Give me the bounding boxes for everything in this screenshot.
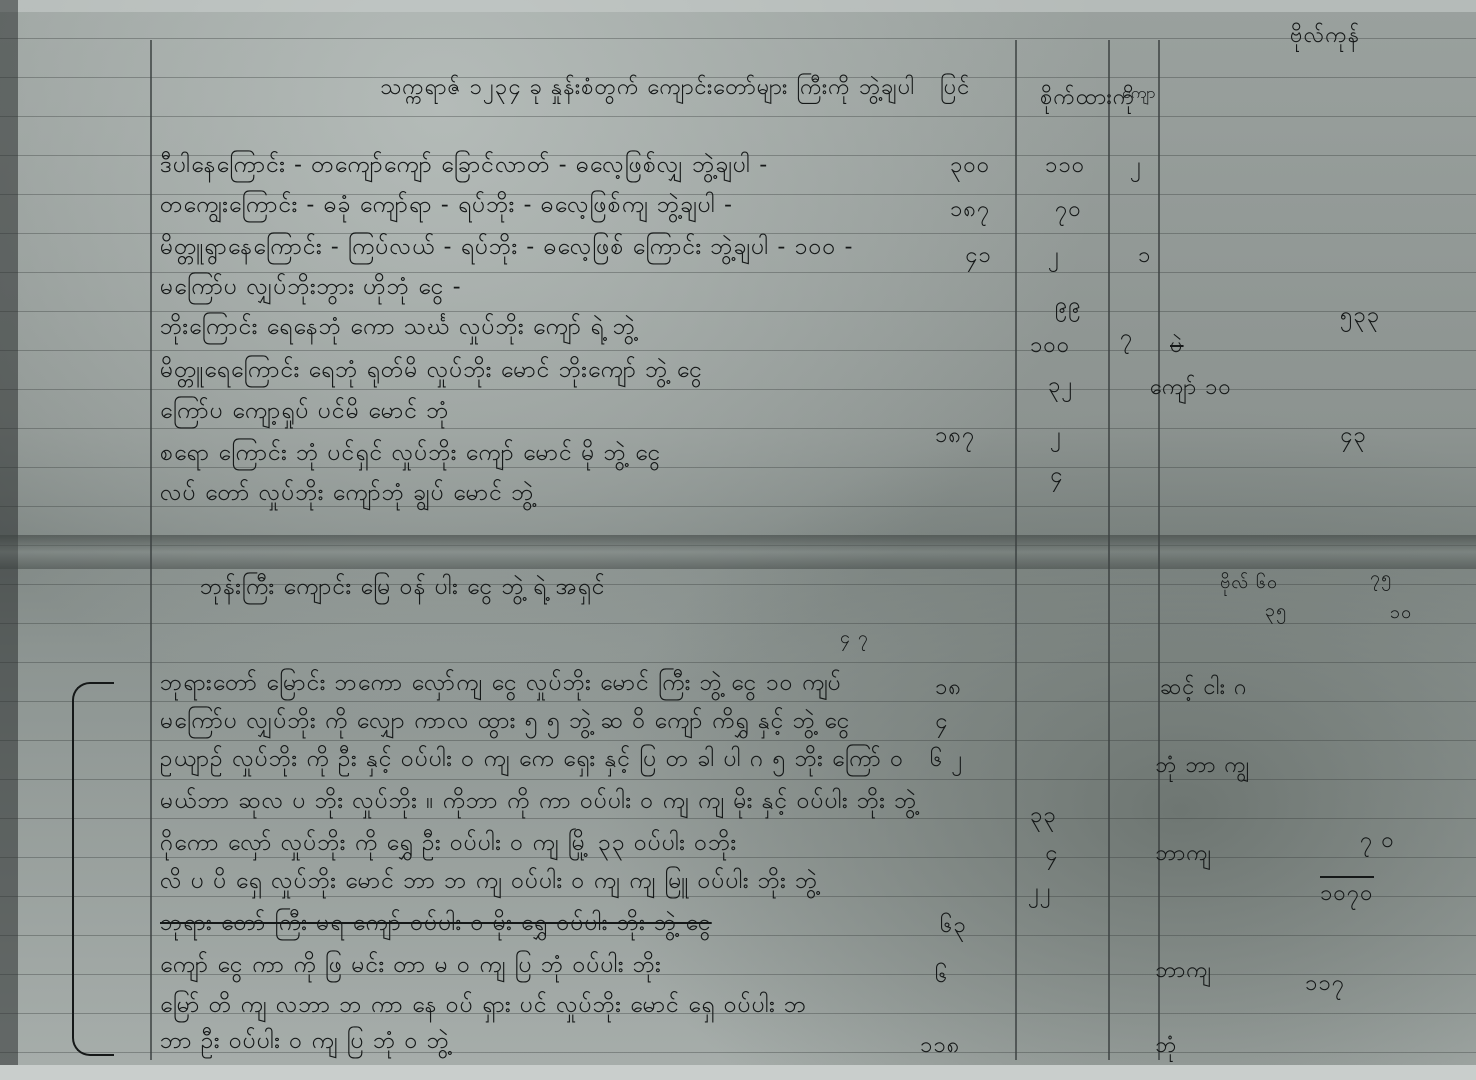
ruled-column-line xyxy=(1158,40,1160,1060)
ruled-margin-line xyxy=(150,40,152,1060)
ledger-row-col1: ၆ ၂ xyxy=(930,744,963,777)
ledger-row-col1: ၆ xyxy=(935,960,948,993)
ledger-row-col3: ဆင့် ငါး ဂ xyxy=(1160,672,1248,705)
ledger-row-text: လိ ပ ပိ ရှေ လှုပ်ဘိုး မောင် ဘာ ဘ ကျ ဝပ်ပ… xyxy=(160,866,818,900)
ledger-row-col3: ဘာကျ xyxy=(1155,955,1212,988)
ledger-row-text-struck: ဘုရား တော် ကြီး မရ ကျော် ဝပ်ပါး ဝ မိုး ရ… xyxy=(160,908,712,942)
ledger-row-col2: ၄ xyxy=(1045,838,1058,871)
ledger-row-col2: ၉၉ xyxy=(1055,290,1082,323)
margin-note-struck: ပဲ xyxy=(1170,330,1184,363)
ledger-row-col2: ၃၂ xyxy=(1048,370,1073,403)
ledger-row-col3: ဘုံ xyxy=(1155,1030,1177,1063)
ledger-row-col1: ၁၈၇ xyxy=(935,420,975,453)
ledger-row-text: ကြော်ပ ကျော့ရှုပ် ပင်မိ မောင် ဘုံ xyxy=(160,396,450,430)
ledger-row-text: မိတ္တူရွာနေကြောင်း - ကြပ်လယ် - ရပ်ဘိုး -… xyxy=(160,232,853,266)
ledger-row-col2: ၄ xyxy=(1050,460,1063,493)
column-header-1: ပြင် xyxy=(940,72,970,105)
ledger-row-col1: ၆၃ xyxy=(940,910,967,943)
ledger-row-col1: ၃၀၀ xyxy=(950,150,990,183)
ledger-row-col2: ၁၁၀ xyxy=(1045,150,1085,183)
ledger-row-col3: ဘုံ ဘာ ကျွ xyxy=(1155,750,1250,783)
paper-fold xyxy=(0,535,1476,569)
ledger-row-col2: ၂၂ xyxy=(1028,876,1052,909)
bracket-mark xyxy=(72,682,114,1056)
margin-mark: ၄ ၇ xyxy=(840,625,869,652)
ledger-row-col2: ၂ xyxy=(1050,420,1062,453)
ledger-row-col1: ၁၁၈ xyxy=(920,1030,960,1063)
margin-note: ၁၀ xyxy=(1390,600,1412,627)
ledger-title: သက္ကရာဇ် ၁၂၃၄ ခု နှုန်းစံတွက် ကျောင်းတော… xyxy=(380,72,915,105)
ledger-row-col2: ၇၀ xyxy=(1055,194,1082,227)
column-header-3: ကျော xyxy=(1122,82,1156,106)
paper-top-edge xyxy=(0,0,1476,12)
ledger-row-col4: ၇ ၀ xyxy=(1360,825,1395,858)
ledger-row-text: မြော် တိ ကျ လဘာ ဘ ကာ နေ ဝပ် ရှား ပင် လှု… xyxy=(160,990,807,1024)
ledger-row-col3: ၁ xyxy=(1138,240,1151,273)
ledger-row-text: မယ်ဘာ ဆုလ ပ ဘိုး လှုပ်ဘိုး ။ ကိုဘာ ကို က… xyxy=(160,786,917,820)
ledger-row-col2: ၂ xyxy=(1048,240,1060,273)
ledger-row-col1: ၄၁ xyxy=(965,240,992,273)
ledger-row-col1: ၁၈၇ xyxy=(950,194,990,227)
ledger-row-col2: ၃၃ xyxy=(1030,800,1057,833)
margin-note: ကျော် ၁၀ xyxy=(1150,372,1232,405)
ledger-row-text: လပ် တော် လှုပ်ဘိုး ကျော်ဘုံ ချွပ် မောင် … xyxy=(160,478,534,512)
ledger-row-text: တကျွေးကြောင်း - ဓခုံ ကျော်ရာ - ရပ်ဘိုး -… xyxy=(160,190,733,224)
margin-note: ၃၅ xyxy=(1265,598,1287,625)
ledger-row-text: ဘာ ဦး ဝပ်ပါး ဝ ကျ ပြ ဘုံ ဝ ဘွဲ့ xyxy=(160,1026,450,1060)
ledger-row-col4: ၁၁၇ xyxy=(1305,968,1345,1001)
ledger-row-text: မိတ္တူရေကြောင်း ရေဘုံ ရုတ်မိ လှုပ်ဘိုး မ… xyxy=(160,355,703,389)
paper-bottom-edge xyxy=(0,1065,1476,1080)
margin-note: ဗိုလ် ၆၀ xyxy=(1220,570,1278,597)
ruled-column-line xyxy=(1108,40,1110,1060)
ruled-column-line xyxy=(1015,40,1017,1060)
ledger-row-text: ကျော် ငွေ ကာ ကို ဖြ မင်း တာ မ ဝ ကျ ပြ ဘု… xyxy=(160,950,662,984)
margin-note: ၅၃၃ xyxy=(1340,300,1380,333)
margin-note: ၄၃ xyxy=(1340,420,1367,453)
ledger-row-col2: ၁၀၀ xyxy=(1030,330,1070,363)
ledger-row-text: ဥယျာဉ် လှုပ်ဘိုး ကို ဦး နှင့် ဝပ်ပါး ဝ က… xyxy=(160,744,904,778)
ledger-row-col4: ၁၀၇၀ xyxy=(1320,876,1374,911)
ledger-row-text: ဘိုးကြောင်း ရေနေဘုံ ကော သင်္ဃ လှုပ်ဘိုး … xyxy=(160,312,636,346)
ledger-row-text: မကြော်ပ လျှပ်ဘိုး ကို လျှော ကာလ ထွား ၅ ၅… xyxy=(160,706,851,740)
ledger-row-text: ဘုရားတော် မြောင်း ဘကော လှော်ကျ ငွေ လှုပ်… xyxy=(160,668,841,702)
ledger-row-col3: ၇ xyxy=(1120,322,1133,355)
ledger-row-text: ဂိုကော လှော် လှုပ်ဘိုး ကို ရွှေ ဦး ဝပ်ပါ… xyxy=(160,828,737,862)
ledger-row-text: စရော ကြောင်း ဘုံ ပင်ရှင် လှုပ်ဘိုး ကျော်… xyxy=(160,438,661,472)
corner-note: ဗိုလ်ကုန် xyxy=(1290,20,1360,53)
ledger-row-col1: ၄ xyxy=(935,706,948,739)
section-heading: ဘုန်းကြီး ကျောင်း မြေ ဝန် ပါး ငွေ ဘွဲ့ ရ… xyxy=(200,572,606,606)
ledger-row-text: မကြော်ပ လျှပ်ဘိုးဘွား ဟိုဘုံ ငွေ - xyxy=(160,272,462,306)
ledger-row-text: ဒီပါနေကြောင်း - တကျော်ကျော် ခြောင်လာတ် -… xyxy=(160,150,768,184)
ledger-row-col3: ဘာကျ xyxy=(1155,838,1212,871)
ledger-row-col3: ၂ xyxy=(1130,150,1142,183)
ledger-row-col1: ၁၈ xyxy=(935,672,962,705)
margin-note: ၇၅ xyxy=(1370,565,1392,592)
manuscript-page: ဗိုလ်ကုန် သက္ကရာဇ် ၁၂၃၄ ခု နှုန်းစံတွက် … xyxy=(0,0,1476,1080)
